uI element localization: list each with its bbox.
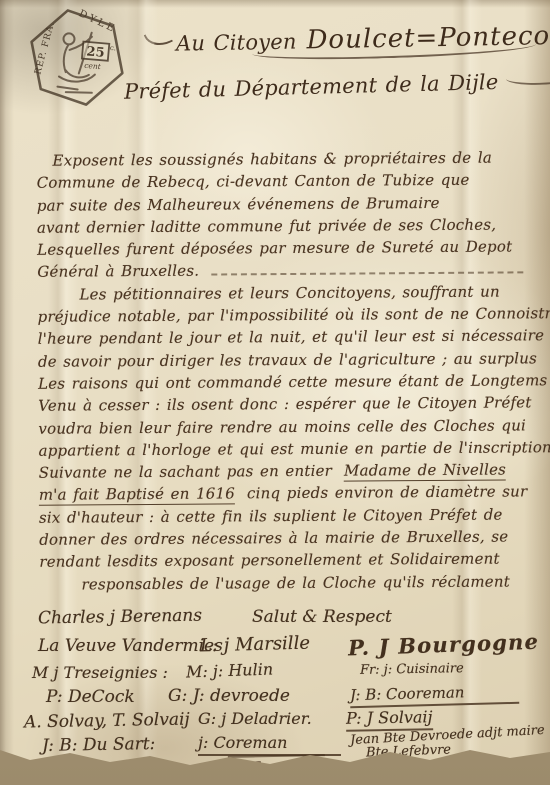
addressee-title-line: Préfet du Département de la Dijle [124, 68, 550, 104]
signature: j: Coreman [198, 733, 341, 756]
signature: A. Solvay, T. Solvaij [24, 710, 190, 733]
signature: P. J Bourgogne [348, 629, 540, 661]
underlined-inscription: Madame de Nivelles [344, 461, 506, 482]
stamp-unit: cent [84, 61, 102, 71]
stamp-value-suffix: c. [110, 44, 117, 53]
signature: P: DeCock [46, 687, 135, 707]
signature: M: j: Hulin [186, 659, 274, 681]
turn-page-note: Tourne [228, 754, 326, 777]
signature: M j Treseignies : [32, 663, 168, 682]
signature: L: j Marsille [200, 633, 310, 657]
signature: J: B: Du Sart: [42, 734, 156, 756]
pen-flourish-icon [144, 25, 173, 51]
signature: G: J: devroede [168, 686, 290, 706]
body-line: responsables de l'usage de la Cloche qu'… [39, 572, 539, 598]
revenue-stamp: 25 c. cent REP. FRA. DYLE [17, 2, 137, 114]
salutation: Salut & Respect [252, 607, 392, 627]
dashed-filler-rule [211, 272, 523, 276]
scanned-manuscript-page: 25 c. cent REP. FRA. DYLE Au CitoyenDoul… [0, 0, 550, 785]
stamp-value: 25 [86, 44, 105, 61]
underlined-inscription: m'a fait Baptisé en 1616 [39, 485, 235, 506]
signature: J: B: Cooreman [350, 682, 519, 708]
signature: G: j Deladrier. [198, 709, 312, 728]
addressee-title: Préfet du Département de la Dijle [124, 70, 499, 104]
petition-body: Exposent les soussignés habitans & propr… [36, 148, 539, 597]
signature: Bte Lefebvre [366, 743, 451, 761]
stamp-republic-label: REP. FRA. [33, 20, 57, 75]
paper-sheet: 25 c. cent REP. FRA. DYLE Au CitoyenDoul… [0, 0, 550, 771]
signature: La Veuve Vandermies [38, 636, 223, 656]
revenue-stamp-icon: 25 c. cent REP. FRA. DYLE [17, 2, 137, 114]
stamp-department-label: DYLE [77, 8, 118, 35]
underline-flourish [506, 72, 550, 86]
signature: Fr: j: Cuisinaire [360, 661, 464, 678]
signature: P: J Solvaij [346, 707, 433, 732]
signature: Charles j Berenans [38, 606, 202, 629]
